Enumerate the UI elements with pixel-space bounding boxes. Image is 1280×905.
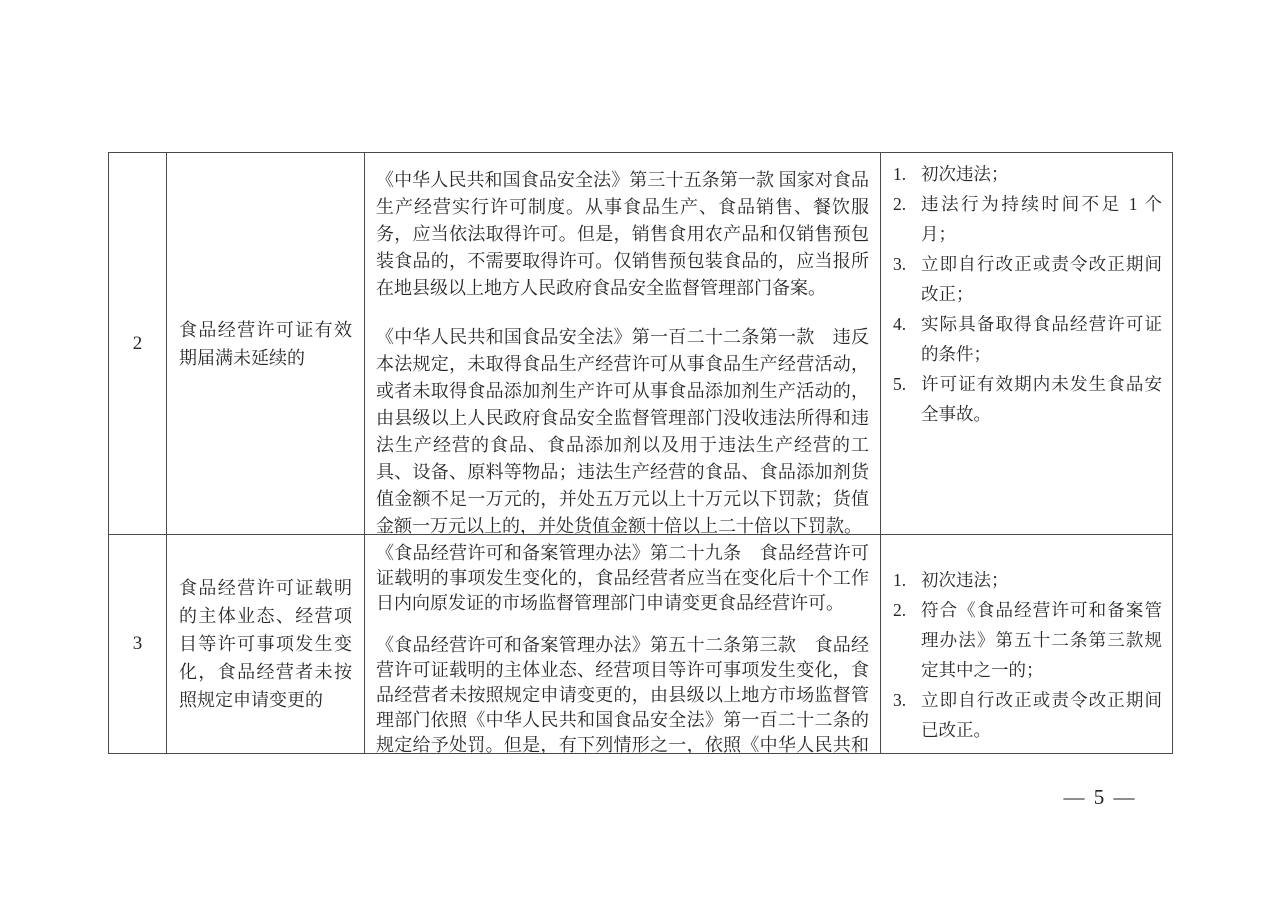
conditions-list: 1. 初次违法； 2. 违法行为持续时间不足 1 个月； 3. 立即自行改正或责… — [881, 153, 1172, 534]
conditions-cell: 1. 初次违法； 2. 违法行为持续时间不足 1 个月； 3. 立即自行改正或责… — [881, 153, 1173, 535]
condition-text: 违法行为持续时间不足 1 个月； — [921, 189, 1162, 249]
page-number: — 5 — — [1040, 785, 1160, 810]
conditions-cell: 1. 初次违法； 2. 符合《食品经营许可和备案管理办法》第五十二条第三款规定其… — [881, 535, 1173, 754]
conditions-list: 1. 初次违法； 2. 符合《食品经营许可和备案管理办法》第五十二条第三款规定其… — [881, 535, 1172, 753]
row-number-cell: 3 — [109, 535, 167, 754]
condition-item: 3. 立即自行改正或责令改正期间改正； — [893, 249, 1162, 309]
legal-paragraph: 《食品经营许可和备案管理办法》第二十九条 食品经营许可证载明的事项发生变化的，食… — [376, 541, 869, 616]
legal-paragraph: 《食品经营许可和备案管理办法》第五十二条第三款 食品经营许可证载明的主体业态、经… — [376, 633, 869, 753]
condition-item: 1. 初次违法； — [893, 565, 1162, 595]
condition-number: 3. — [893, 249, 921, 309]
violation-cell: 食品经营许可证载明的主体业态、经营项目等许可事项发生变化，食品经营者未按照规定申… — [167, 535, 365, 754]
condition-number: 2. — [893, 189, 921, 249]
table-row: 2 食品经营许可证有效期届满未延续的 《中华人民共和国食品安全法》第三十五条第一… — [109, 153, 1173, 535]
legal-basis-wrap: 《食品经营许可和备案管理办法》第二十九条 食品经营许可证载明的事项发生变化的，食… — [365, 535, 880, 753]
condition-text: 符合《食品经营许可和备案管理办法》第五十二条第三款规定其中之一的； — [921, 595, 1162, 685]
row-number-cell: 2 — [109, 153, 167, 535]
violation-wrap: 食品经营许可证载明的主体业态、经营项目等许可事项发生变化，食品经营者未按照规定申… — [167, 535, 364, 753]
condition-item: 2. 违法行为持续时间不足 1 个月； — [893, 189, 1162, 249]
condition-number: 3. — [893, 685, 921, 745]
violation-penalty-table: 2 食品经营许可证有效期届满未延续的 《中华人民共和国食品安全法》第三十五条第一… — [108, 152, 1173, 754]
violation-wrap: 食品经营许可证有效期届满未延续的 — [167, 153, 364, 534]
legal-basis-wrap: 《中华人民共和国食品安全法》第三十五条第一款 国家对食品生产经营实行许可制度。从… — [365, 153, 880, 534]
condition-text: 立即自行改正或责令改正期间改正； — [921, 249, 1162, 309]
condition-item: 1. 初次违法； — [893, 159, 1162, 189]
condition-item: 3. 立即自行改正或责令改正期间已改正。 — [893, 685, 1162, 745]
condition-number: 4. — [893, 309, 921, 369]
legal-basis-cell: 《食品经营许可和备案管理办法》第二十九条 食品经营许可证载明的事项发生变化的，食… — [365, 535, 881, 754]
legal-paragraph: 《中华人民共和国食品安全法》第一百二十二条第一款 违反本法规定，未取得食品生产经… — [376, 324, 869, 534]
condition-item: 5. 许可证有效期内未发生食品安全事故。 — [893, 369, 1162, 429]
condition-text: 初次违法； — [921, 565, 1162, 595]
condition-item: 4. 实际具备取得食品经营许可证的条件； — [893, 309, 1162, 369]
row-number: 3 — [133, 633, 143, 655]
row-number-wrap: 2 — [109, 153, 166, 534]
condition-item: 2. 符合《食品经营许可和备案管理办法》第五十二条第三款规定其中之一的； — [893, 595, 1162, 685]
condition-number: 1. — [893, 565, 921, 595]
row-number-wrap: 3 — [109, 535, 166, 753]
row-number: 2 — [133, 333, 143, 355]
condition-number: 2. — [893, 595, 921, 685]
condition-number: 1. — [893, 159, 921, 189]
violation-cell: 食品经营许可证有效期届满未延续的 — [167, 153, 365, 535]
table-row: 3 食品经营许可证载明的主体业态、经营项目等许可事项发生变化，食品经营者未按照规… — [109, 535, 1173, 754]
violation-text: 食品经营许可证有效期届满未延续的 — [179, 316, 352, 372]
condition-text: 实际具备取得食品经营许可证的条件； — [921, 309, 1162, 369]
condition-text: 初次违法； — [921, 159, 1162, 189]
legal-paragraph: 《中华人民共和国食品安全法》第三十五条第一款 国家对食品生产经营实行许可制度。从… — [376, 167, 869, 302]
condition-number: 5. — [893, 369, 921, 429]
legal-basis-cell: 《中华人民共和国食品安全法》第三十五条第一款 国家对食品生产经营实行许可制度。从… — [365, 153, 881, 535]
condition-text: 立即自行改正或责令改正期间已改正。 — [921, 685, 1162, 745]
condition-text: 许可证有效期内未发生食品安全事故。 — [921, 369, 1162, 429]
scanned-document-page: 2 食品经营许可证有效期届满未延续的 《中华人民共和国食品安全法》第三十五条第一… — [0, 0, 1280, 905]
violation-text: 食品经营许可证载明的主体业态、经营项目等许可事项发生变化，食品经营者未按照规定申… — [179, 574, 352, 714]
